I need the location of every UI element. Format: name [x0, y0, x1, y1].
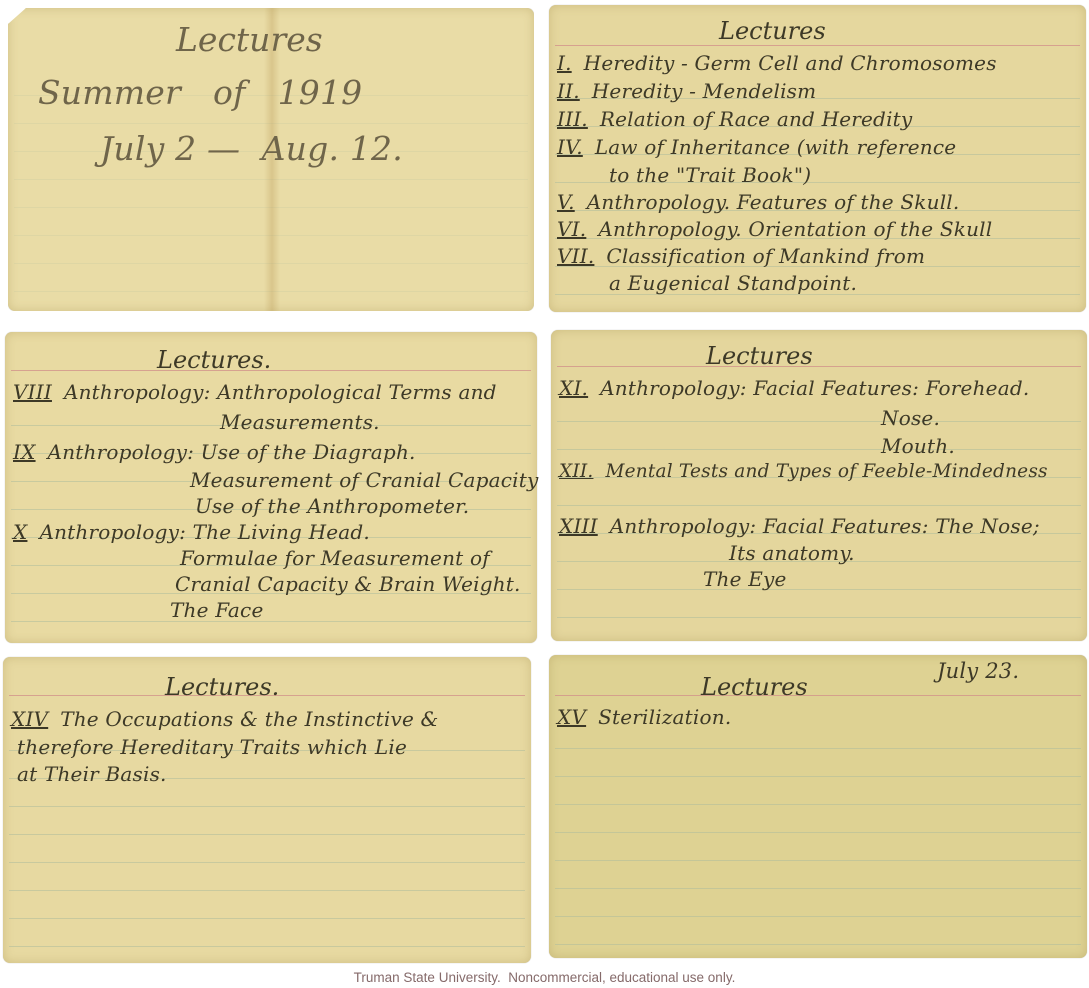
roman-numeral: V. [557, 190, 575, 214]
lecture-line: XII.Mental Tests and Types of Feeble-Min… [559, 463, 1048, 482]
red-rule [555, 45, 1080, 46]
lecture-text: Measurements. [220, 410, 380, 434]
lecture-line: VII.Classification of Mankind from [557, 246, 925, 266]
lecture-text: Anthropology: Use of the Diagraph. [48, 440, 416, 464]
lecture-text: The Occupations & the Instinctive & [60, 707, 438, 731]
red-rule [555, 695, 1081, 696]
card-title: Lectures [701, 673, 808, 701]
lecture-text: Anthropology: Anthropological Terms and [64, 380, 497, 404]
card-date: July 23. [937, 661, 1019, 682]
roman-numeral: X [13, 520, 27, 544]
lecture-line: The Eye [703, 569, 787, 589]
lecture-line: XIIIAnthropology: Facial Features: The N… [559, 516, 1040, 536]
lecture-line: XVSterilization. [557, 707, 731, 727]
lecture-line: to the "Trait Book") [609, 165, 811, 185]
lecture-line: IXAnthropology: Use of the Diagraph. [13, 442, 416, 462]
lecture-line: Cranial Capacity & Brain Weight. [175, 574, 521, 594]
roman-numeral: XIII [559, 514, 598, 538]
lecture-text: Mental Tests and Types of Feeble-Mindedn… [605, 461, 1047, 482]
lecture-line: IV.Law of Inheritance (with reference [557, 137, 956, 157]
lecture-text: Relation of Race and Heredity [600, 107, 913, 131]
lecture-line: XI.Anthropology: Facial Features: Forehe… [559, 378, 1029, 398]
lecture-text: Heredity - Mendelism [592, 79, 817, 103]
lecture-text: to the "Trait Book") [609, 163, 811, 187]
lecture-line: VI.Anthropology. Orientation of the Skul… [557, 219, 992, 239]
red-rule [557, 366, 1081, 367]
ruled-lines [555, 71, 1080, 304]
lecture-text: Law of Inheritance (with reference [595, 135, 957, 159]
lecture-line: Formulae for Measurement of [180, 548, 490, 568]
lecture-line: VIIIAnthropology: Anthropological Terms … [13, 382, 497, 402]
roman-numeral: XIV [11, 707, 48, 731]
attribution-caption: Truman State University. Noncommercial, … [0, 970, 1089, 985]
card-title: Lectures [706, 342, 813, 370]
lecture-line: a Eugenical Standpoint. [609, 273, 857, 293]
index-card-lecture-15: July 23. Lectures XVSterilization. [549, 655, 1087, 958]
lecture-text: Anthropology: Facial Features: Forehead. [600, 376, 1029, 400]
lecture-text: Anthropology. Features of the Skull. [587, 190, 960, 214]
lecture-text: Mouth. [881, 434, 955, 458]
index-card-lectures-11-13: Lectures XI.Anthropology: Facial Feature… [551, 330, 1087, 641]
roman-numeral: XI. [559, 376, 588, 400]
lecture-line: V.Anthropology. Features of the Skull. [557, 192, 959, 212]
lecture-text: The Eye [703, 567, 787, 591]
lecture-text: Classification of Mankind from [606, 244, 925, 268]
lecture-text: Use of the Anthropometer. [195, 494, 469, 518]
roman-numeral: II. [557, 79, 580, 103]
lecture-line: The Face [170, 600, 264, 620]
index-card-lecture-14: Lectures. XIVThe Occupations & the Insti… [3, 657, 531, 963]
handwritten-line: Summer of 1919 [38, 76, 362, 109]
lecture-line: Its anatomy. [729, 543, 855, 563]
roman-numeral: XV [557, 705, 586, 729]
lecture-text: Sterilization. [598, 705, 731, 729]
lecture-text: Its anatomy. [729, 541, 855, 565]
roman-numeral: I. [557, 51, 572, 75]
roman-numeral: IV. [557, 135, 583, 159]
lecture-line: II.Heredity - Mendelism [557, 81, 816, 101]
card-title: Lectures. [165, 673, 279, 701]
lecture-text: at Their Basis. [17, 762, 167, 786]
lecture-text: Anthropology. Orientation of the Skull [598, 217, 992, 241]
lecture-text: The Face [170, 598, 264, 622]
scanned-document-page: Lectures Summer of 1919 July 2 — Aug. 12… [0, 0, 1089, 988]
lecture-line: at Their Basis. [17, 764, 167, 784]
lecture-line: Nose. [881, 408, 940, 428]
roman-numeral: III. [557, 107, 588, 131]
lecture-text: Nose. [881, 406, 940, 430]
lecture-line: Mouth. [881, 436, 955, 456]
lecture-text: Formulae for Measurement of [180, 546, 490, 570]
index-card-cover: Lectures Summer of 1919 July 2 — Aug. 12… [8, 8, 534, 311]
lecture-text: Measurement of Cranial Capacity [190, 468, 539, 492]
ruled-lines [555, 721, 1081, 950]
card-title: Lectures [719, 17, 826, 45]
lecture-text: therefore Hereditary Traits which Lie [17, 735, 407, 759]
roman-numeral: VIII [13, 380, 52, 404]
lecture-line: I.Heredity - Germ Cell and Chromosomes [557, 53, 997, 73]
roman-numeral: IX [13, 440, 36, 464]
index-card-lectures-1-7: Lectures I.Heredity - Germ Cell and Chro… [549, 5, 1086, 312]
lecture-line: XAnthropology: The Living Head. [13, 522, 370, 542]
lecture-line: III.Relation of Race and Heredity [557, 109, 912, 129]
lecture-text: a Eugenical Standpoint. [609, 271, 857, 295]
lecture-line: Measurement of Cranial Capacity [190, 470, 539, 490]
index-card-lectures-8-10: Lectures. VIIIAnthropology: Anthropologi… [5, 332, 537, 643]
lecture-line: Measurements. [220, 412, 380, 432]
lecture-text: Heredity - Germ Cell and Chromosomes [584, 51, 997, 75]
lecture-line: Use of the Anthropometer. [195, 496, 469, 516]
lecture-text: Anthropology: Facial Features: The Nose; [610, 514, 1040, 538]
roman-numeral: XII. [559, 461, 593, 482]
card-title: Lectures [176, 20, 323, 59]
lecture-text: Anthropology: The Living Head. [39, 520, 370, 544]
lecture-line: therefore Hereditary Traits which Lie [17, 737, 407, 757]
card-title: Lectures. [157, 346, 271, 374]
lecture-line: XIVThe Occupations & the Instinctive & [11, 709, 439, 729]
lecture-text: Cranial Capacity & Brain Weight. [175, 572, 521, 596]
handwritten-line: July 2 — Aug. 12. [100, 132, 403, 165]
roman-numeral: VII. [557, 244, 594, 268]
roman-numeral: VI. [557, 217, 586, 241]
